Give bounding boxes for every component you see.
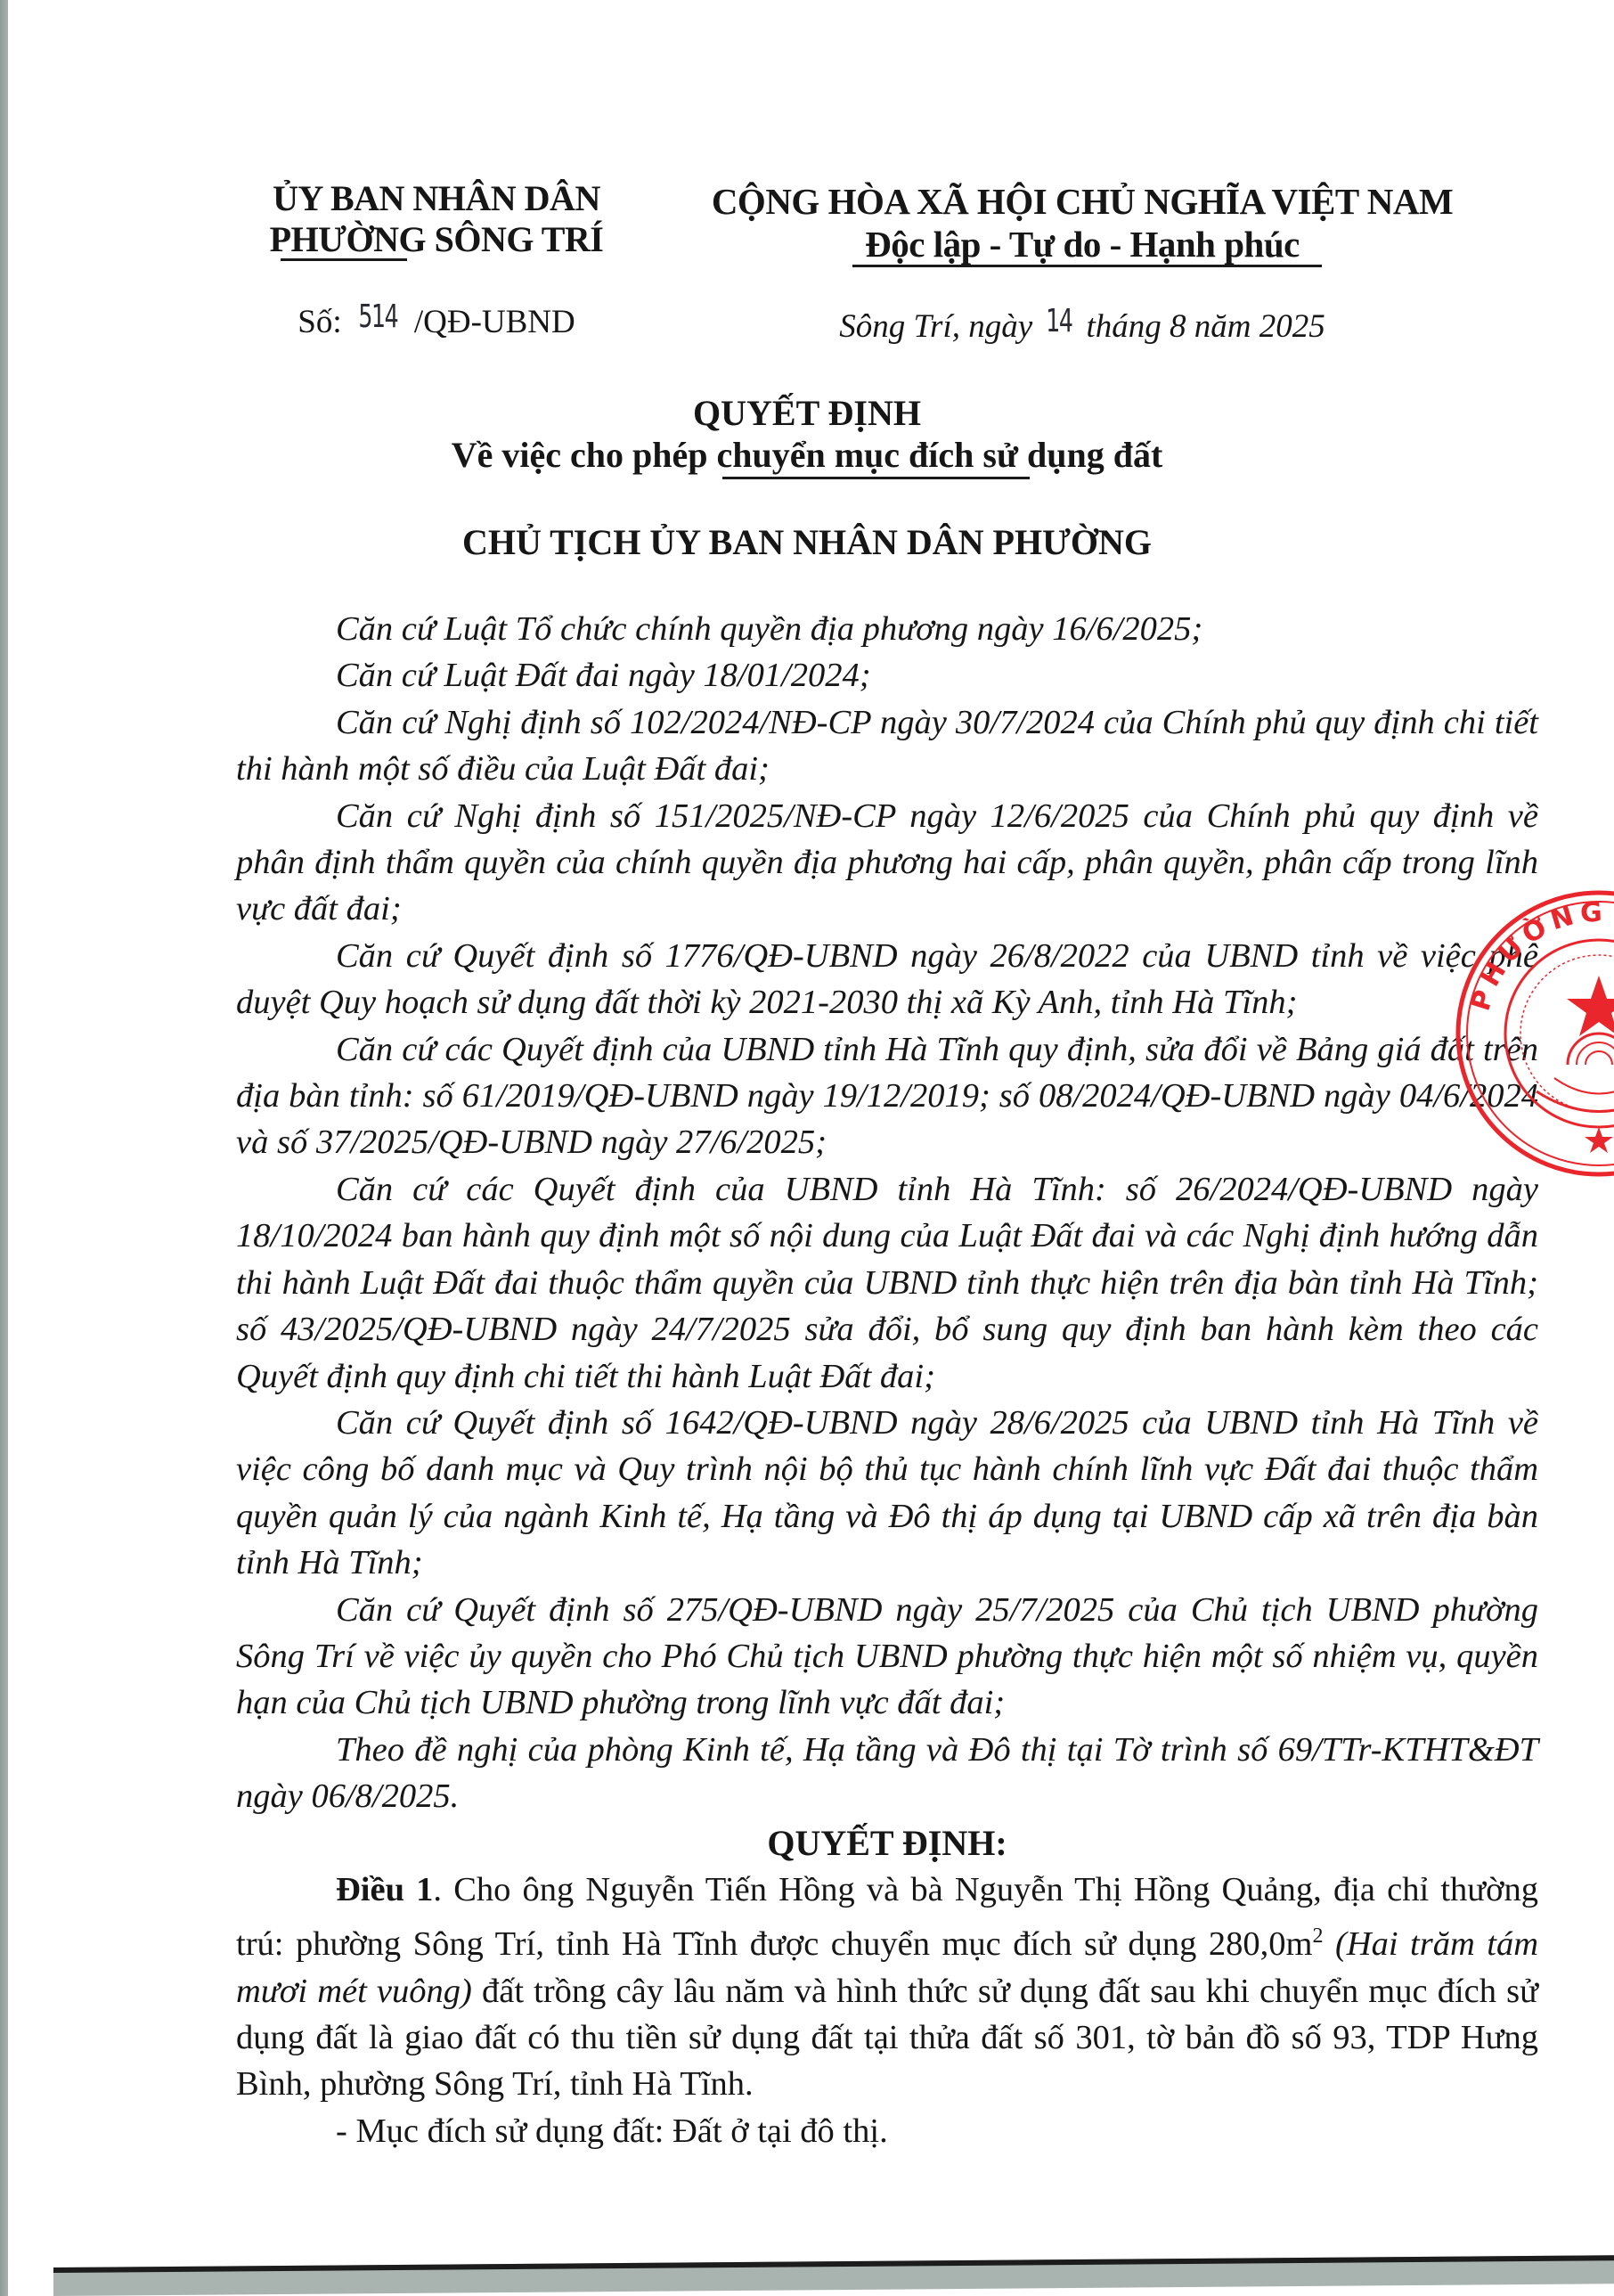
document-type-title: QUYẾT ĐỊNH [0, 392, 1614, 435]
issuer-title: CHỦ TỊCH ỦY BAN NHÂN DÂN PHƯỜNG [0, 521, 1614, 564]
legal-basis-9: Căn cứ Quyết định số 275/QĐ-UBND ngày 25… [236, 1587, 1538, 1727]
document-body: Căn cứ Luật Tổ chức chính quyền địa phươ… [236, 606, 1538, 2154]
legal-basis-3: Căn cứ Nghị định số 102/2024/NĐ-CP ngày … [236, 699, 1538, 793]
legal-basis-2: Căn cứ Luật Đất đai ngày 18/01/2024; [236, 652, 1538, 699]
agency-underline [281, 258, 407, 261]
nation-motto: Độc lập - Tự do - Hạnh phúc [664, 223, 1501, 266]
article-1-label: Điều 1 [336, 1871, 433, 1908]
number-prefix: Số: [298, 304, 350, 340]
legal-basis-6: Căn cứ các Quyết định của UBND tỉnh Hà T… [236, 1026, 1538, 1166]
agency-header: ỦY BAN NHÂN DÂN PHƯỜNG SÔNG TRÍ [218, 178, 655, 260]
agency-line-1: ỦY BAN NHÂN DÂN [218, 178, 655, 219]
national-header: CỘNG HÒA XÃ HỘI CHỦ NGHĨA VIỆT NAM Độc l… [664, 180, 1501, 266]
document-subject: Về việc cho phép chuyển mục đích sử dụng… [0, 434, 1614, 477]
proposal-basis: Theo đề nghị của phòng Kinh tế, Hạ tầng … [236, 1727, 1538, 1820]
document-date: Sông Trí, ngày 14 tháng 8 năm 2025 [664, 307, 1501, 347]
number-handwritten: 514 [358, 298, 397, 337]
scan-edge-left [0, 0, 8, 2296]
motto-underline [852, 265, 1322, 267]
article-1: Điều 1. Cho ông Nguyễn Tiến Hồng và bà N… [236, 1867, 1538, 2108]
date-day-handwritten: 14 [1047, 302, 1072, 341]
scan-edge-bottom [53, 2255, 1614, 2296]
subject-underline [722, 477, 1030, 479]
legal-basis-1: Căn cứ Luật Tổ chức chính quyền địa phươ… [236, 606, 1538, 652]
date-suffix: tháng 8 năm 2025 [1078, 308, 1325, 345]
area-superscript: 2 [1312, 1924, 1323, 1948]
legal-basis-7: Căn cứ các Quyết định của UBND tỉnh Hà T… [236, 1166, 1538, 1400]
legal-basis-8: Căn cứ Quyết định số 1642/QĐ-UBND ngày 2… [236, 1400, 1538, 1587]
document-page: ỦY BAN NHÂN DÂN PHƯỜNG SÔNG TRÍ CỘNG HÒA… [0, 0, 1614, 2296]
land-use-purpose: - Mục đích sử dụng đất: Đất ở tại đô thị… [236, 2108, 1538, 2154]
document-number: Số: 514 /QĐ-UBND [218, 303, 655, 342]
legal-basis-4: Căn cứ Nghị định số 151/2025/NĐ-CP ngày … [236, 793, 1538, 933]
date-prefix: Sông Trí, ngày [839, 308, 1040, 345]
number-suffix: /QĐ-UBND [406, 304, 575, 340]
decision-heading: QUYẾT ĐỊNH: [236, 1820, 1538, 1867]
nation-line-1: CỘNG HÒA XÃ HỘI CHỦ NGHĨA VIỆT NAM [664, 180, 1501, 223]
legal-basis-5: Căn cứ Quyết định số 1776/QĐ-UBND ngày 2… [236, 933, 1538, 1026]
agency-line-2: PHƯỜNG SÔNG TRÍ [218, 219, 655, 260]
